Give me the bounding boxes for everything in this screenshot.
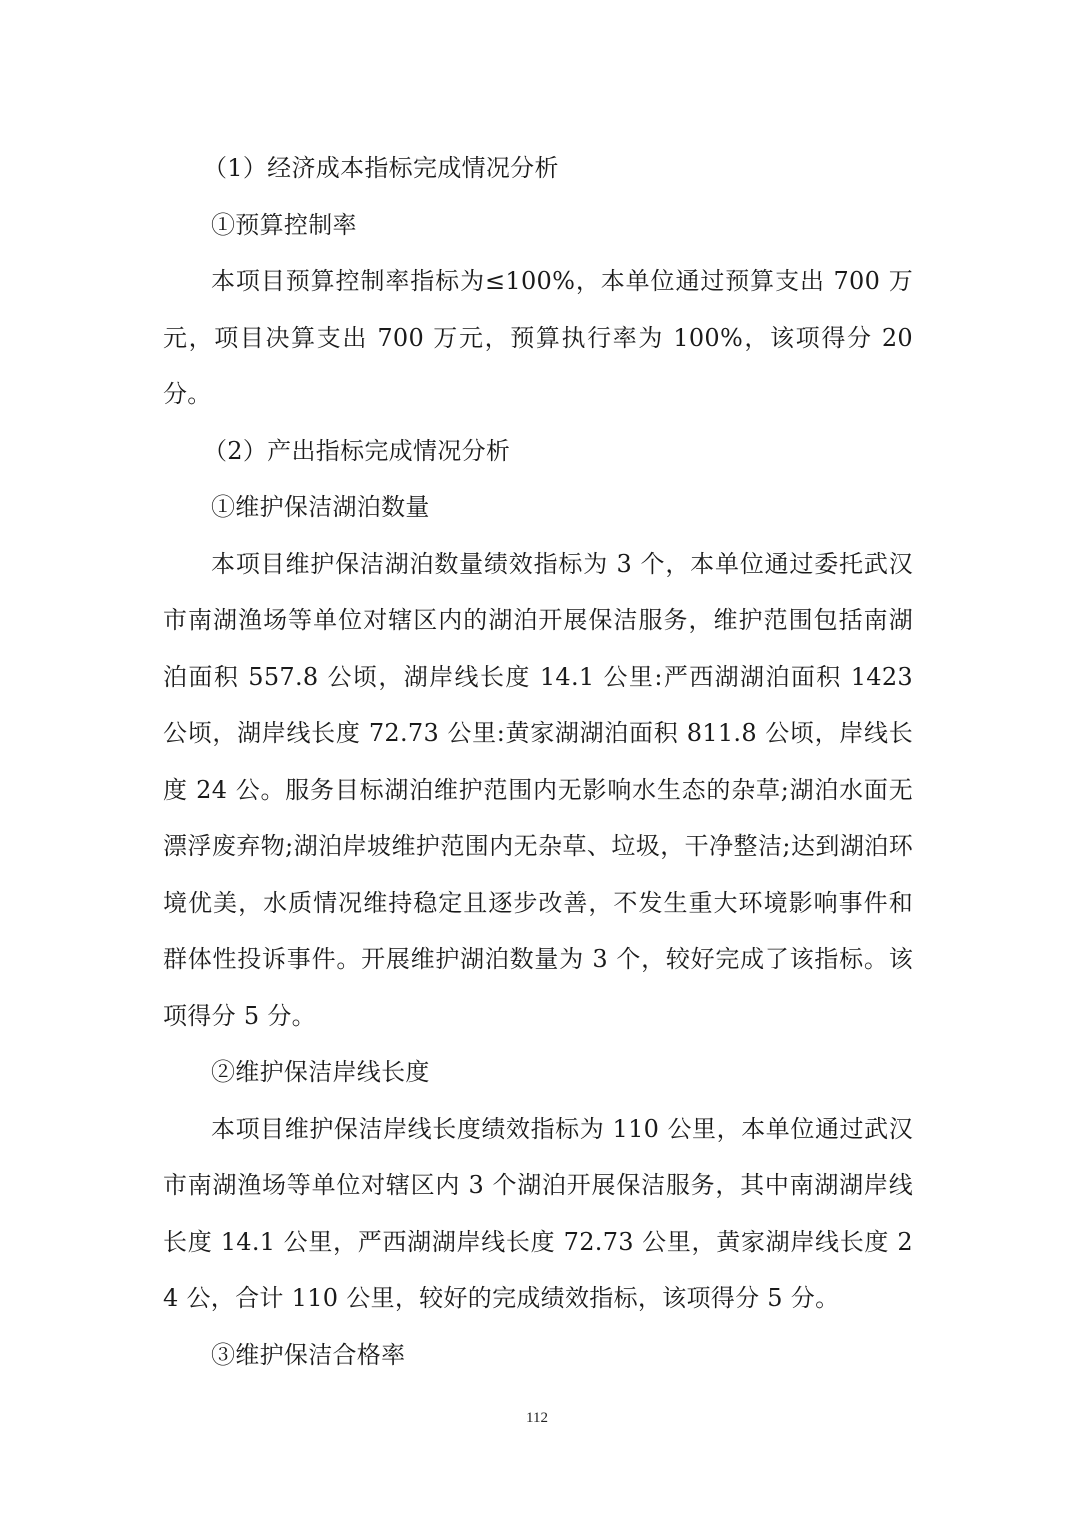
item-title-cleaning-pass-rate: ③维护保洁合格率 [163, 1327, 913, 1384]
item-title-lake-count: ①维护保洁湖泊数量 [163, 479, 913, 536]
item-body-lake-count: 本项目维护保洁湖泊数量绩效指标为 3 个，本单位通过委托武汉市南湖渔场等单位对辖… [163, 536, 913, 1045]
section-heading-economic-cost: （1）经济成本指标完成情况分析 [163, 140, 913, 197]
item-body-shoreline-length: 本项目维护保洁岸线长度绩效指标为 110 公里，本单位通过武汉市南湖渔场等单位对… [163, 1101, 913, 1327]
item-body-budget-control-rate: 本项目预算控制率指标为≤100%，本单位通过预算支出 700 万元，项目决算支出… [163, 253, 913, 423]
section-heading-output-indicators: （2）产出指标完成情况分析 [163, 423, 913, 480]
page-number: 112 [0, 1410, 1074, 1427]
item-title-shoreline-length: ②维护保洁岸线长度 [163, 1044, 913, 1101]
item-title-budget-control-rate: ①预算控制率 [163, 197, 913, 254]
document-page: （1）经济成本指标完成情况分析 ①预算控制率 本项目预算控制率指标为≤100%，… [163, 140, 913, 1383]
